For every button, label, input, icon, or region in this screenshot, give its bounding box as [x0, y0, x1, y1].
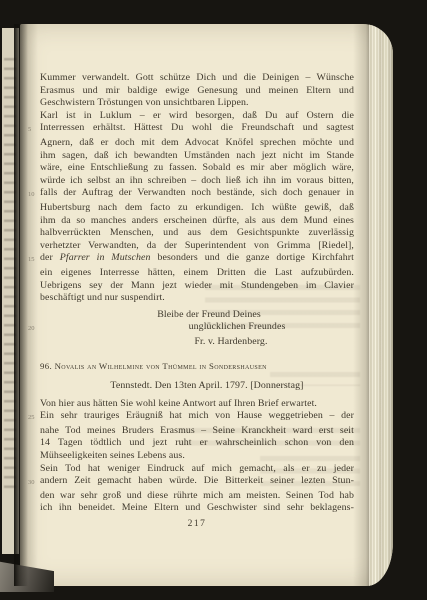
margin-line-number: [28, 202, 40, 215]
letter-closing: Bleibe der Freund Deines 20 unglückliche…: [28, 309, 354, 349]
margin-line-number: [28, 309, 40, 322]
letter-96-body: Von hier aus hätten Sie wohl keine Antwo…: [28, 398, 354, 515]
text-line: ihm da so manches anders erscheinen dürf…: [28, 215, 354, 228]
letter-heading-row: 96. Novalis an Wilhelmine von Thümmel in…: [28, 360, 354, 373]
text-line: Kummer verwandelt. Gott schütze Dich und…: [28, 72, 354, 85]
line-text: ein eigenes Interresse hätten, einem Dri…: [40, 267, 354, 280]
margin-line-number: [28, 280, 40, 293]
margin-line-number: [28, 490, 40, 503]
closing-line: unglücklichen Freundes: [40, 321, 354, 336]
margin-line-number: [28, 360, 40, 373]
line-text: Von hier aus hätten Sie wohl keine Antwo…: [40, 398, 354, 411]
margin-line-number: [28, 240, 40, 253]
line-text: Karl ist in Luklum – er wird besorgen, d…: [40, 110, 354, 123]
margin-line-number: [28, 398, 40, 411]
margin-line-number: 25: [28, 410, 40, 425]
line-text: der Pfarrer in Mutschen besonders und di…: [40, 252, 354, 267]
line-text: wäre, eine Entschließung zu fassen. Soba…: [40, 162, 354, 175]
text-line: 14 Tagen tödtlich und jezt ruht er wahrs…: [28, 437, 354, 450]
page-number-row: 217: [28, 518, 354, 531]
text-line: Mühseeligkeiten seines Lebens aus.: [28, 450, 354, 463]
margin-line-number: 5: [28, 122, 40, 137]
letter-dateline-row: Tennstedt. Den 13ten April. 1797. [Donne…: [28, 380, 354, 393]
margin-line-number: [28, 267, 40, 280]
margin-line-number: [28, 72, 40, 85]
line-text: andern Zeit gemacht haben würde. Die Bit…: [40, 475, 354, 490]
text-line: den war sehr groß und diese rührte mich …: [28, 490, 354, 503]
margin-line-number: [28, 450, 40, 463]
book-page: Kummer verwandelt. Gott schütze Dich und…: [20, 24, 393, 586]
margin-line-number: [28, 85, 40, 98]
text-line: 5Interressen erhältst. Hättest Du wohl d…: [28, 122, 354, 137]
line-text: halbverrückten Menschen, und aus dem Ges…: [40, 227, 354, 240]
letter-dateline: Tennstedt. Den 13ten April. 1797. [Donne…: [40, 380, 354, 393]
closing-line: Bleibe der Freund Deines: [40, 309, 354, 322]
text-line: 10falls der Auftrag der Verwandten noch …: [28, 187, 354, 202]
letter-heading: 96. Novalis an Wilhelmine von Thümmel in…: [40, 360, 354, 373]
margin-line-number: [28, 502, 40, 515]
text-line: halbverrückten Menschen, und aus dem Ges…: [28, 227, 354, 240]
text-line: würde ich selbst an ihn schreiben – doch…: [28, 175, 354, 188]
text-line: 20 unglücklichen Freundes: [28, 321, 354, 336]
margin-line-number: [28, 380, 40, 393]
line-text: den war sehr groß und diese rührte mich …: [40, 490, 354, 503]
text-line: Agnern, daß er doch mit dem Advocat Knöf…: [28, 137, 354, 150]
margin-line-number: 10: [28, 187, 40, 202]
line-text: Erasmus und mir baldige ewige Genesung u…: [40, 85, 354, 98]
margin-line-number: [28, 518, 40, 531]
margin-line-number: [28, 137, 40, 150]
text-line: ihm sagen, daß ich bewandten Umständen n…: [28, 150, 354, 163]
gutter-shadow: [14, 24, 28, 586]
line-text: Sein Tod hat weniger Eindruck auf mich g…: [40, 463, 354, 476]
text-line: ich ihn beneidet. Meine Eltern und Gesch…: [28, 502, 354, 515]
margin-line-number: [28, 97, 40, 110]
text-line: Hubertsburg nach dem facto zu erkundigen…: [28, 202, 354, 215]
line-text: Uebrigens sey der Mann jezt wieder mit S…: [40, 280, 354, 293]
page-number: 217: [40, 518, 354, 531]
margin-line-number: [28, 463, 40, 476]
text-line: 15der Pfarrer in Mutschen besonders und …: [28, 252, 354, 267]
margin-line-number: [28, 175, 40, 188]
text-line: Erasmus und mir baldige ewige Genesung u…: [28, 85, 354, 98]
text-line: 25Ein sehr trauriges Eräugniß hat mich v…: [28, 410, 354, 425]
page-curl-shadow: [353, 24, 369, 586]
margin-line-number: 15: [28, 252, 40, 267]
italic-phrase: Pfarrer in Mutschen: [60, 252, 151, 263]
line-text: verhetzter Verwandten, da der Superinten…: [40, 240, 354, 253]
line-text: ihm sagen, daß ich bewandten Umständen n…: [40, 150, 354, 163]
margin-line-number: [28, 215, 40, 228]
line-text-part: der: [40, 252, 60, 263]
line-text: falls der Auftrag der Verwandten noch be…: [40, 187, 354, 202]
text-line: beschäftigt und nur suspendirt.: [28, 292, 354, 305]
margin-line-number: [28, 425, 40, 438]
text-line: Sein Tod hat weniger Eindruck auf mich g…: [28, 463, 354, 476]
line-text: Kummer verwandelt. Gott schütze Dich und…: [40, 72, 354, 85]
line-text: Geschwistern Tröstungen von unsichtbaren…: [40, 97, 354, 110]
margin-line-number: [28, 110, 40, 123]
line-text-part: besonders und die ganze dortige Kirchfah…: [151, 252, 354, 263]
margin-line-number: 20: [28, 321, 40, 336]
margin-line-number: [28, 336, 40, 349]
page-stack-fore-edge: [369, 24, 393, 586]
text-line: Bleibe der Freund Deines: [28, 309, 354, 322]
text-line: Uebrigens sey der Mann jezt wieder mit S…: [28, 280, 354, 293]
line-text: ich ihn beneidet. Meine Eltern und Gesch…: [40, 502, 354, 515]
line-text: ihm da so manches anders erscheinen dürf…: [40, 215, 354, 228]
text-line: verhetzter Verwandten, da der Superinten…: [28, 240, 354, 253]
margin-line-number: [28, 162, 40, 175]
text-line: wäre, eine Entschließung zu fassen. Soba…: [28, 162, 354, 175]
margin-line-number: 30: [28, 475, 40, 490]
text-block: Kummer verwandelt. Gott schütze Dich und…: [28, 72, 354, 531]
text-line: Von hier aus hätten Sie wohl keine Antwo…: [28, 398, 354, 411]
letter-95-body: Kummer verwandelt. Gott schütze Dich und…: [28, 72, 354, 305]
line-text: Ein sehr trauriges Eräugniß hat mich von…: [40, 410, 354, 425]
text-line: ein eigenes Interresse hätten, einem Dri…: [28, 267, 354, 280]
text-line: 30andern Zeit gemacht haben würde. Die B…: [28, 475, 354, 490]
line-text: beschäftigt und nur suspendirt.: [40, 292, 354, 305]
scanned-book-photo: Kummer verwandelt. Gott schütze Dich und…: [0, 0, 427, 600]
margin-line-number: [28, 292, 40, 305]
margin-line-number: [28, 150, 40, 163]
line-text: Hubertsburg nach dem facto zu erkundigen…: [40, 202, 354, 215]
text-line: Geschwistern Tröstungen von unsichtbaren…: [28, 97, 354, 110]
text-line: nahe Tod meines Bruders Erasmus – Seine …: [28, 425, 354, 438]
text-line: Karl ist in Luklum – er wird besorgen, d…: [28, 110, 354, 123]
margin-line-number: [28, 227, 40, 240]
line-text: Agnern, daß er doch mit dem Advocat Knöf…: [40, 137, 354, 150]
line-text: 14 Tagen tödtlich und jezt ruht er wahrs…: [40, 437, 354, 450]
line-text: würde ich selbst an ihn schreiben – doch…: [40, 175, 354, 188]
line-text: Mühseeligkeiten seines Lebens aus.: [40, 450, 354, 463]
signature-line: Fr. v. Hardenberg.: [40, 336, 354, 349]
line-text: Interressen erhältst. Hättest Du wohl di…: [40, 122, 354, 137]
text-line: Fr. v. Hardenberg.: [28, 336, 354, 349]
line-text: nahe Tod meines Bruders Erasmus – Seine …: [40, 425, 354, 438]
margin-line-number: [28, 437, 40, 450]
